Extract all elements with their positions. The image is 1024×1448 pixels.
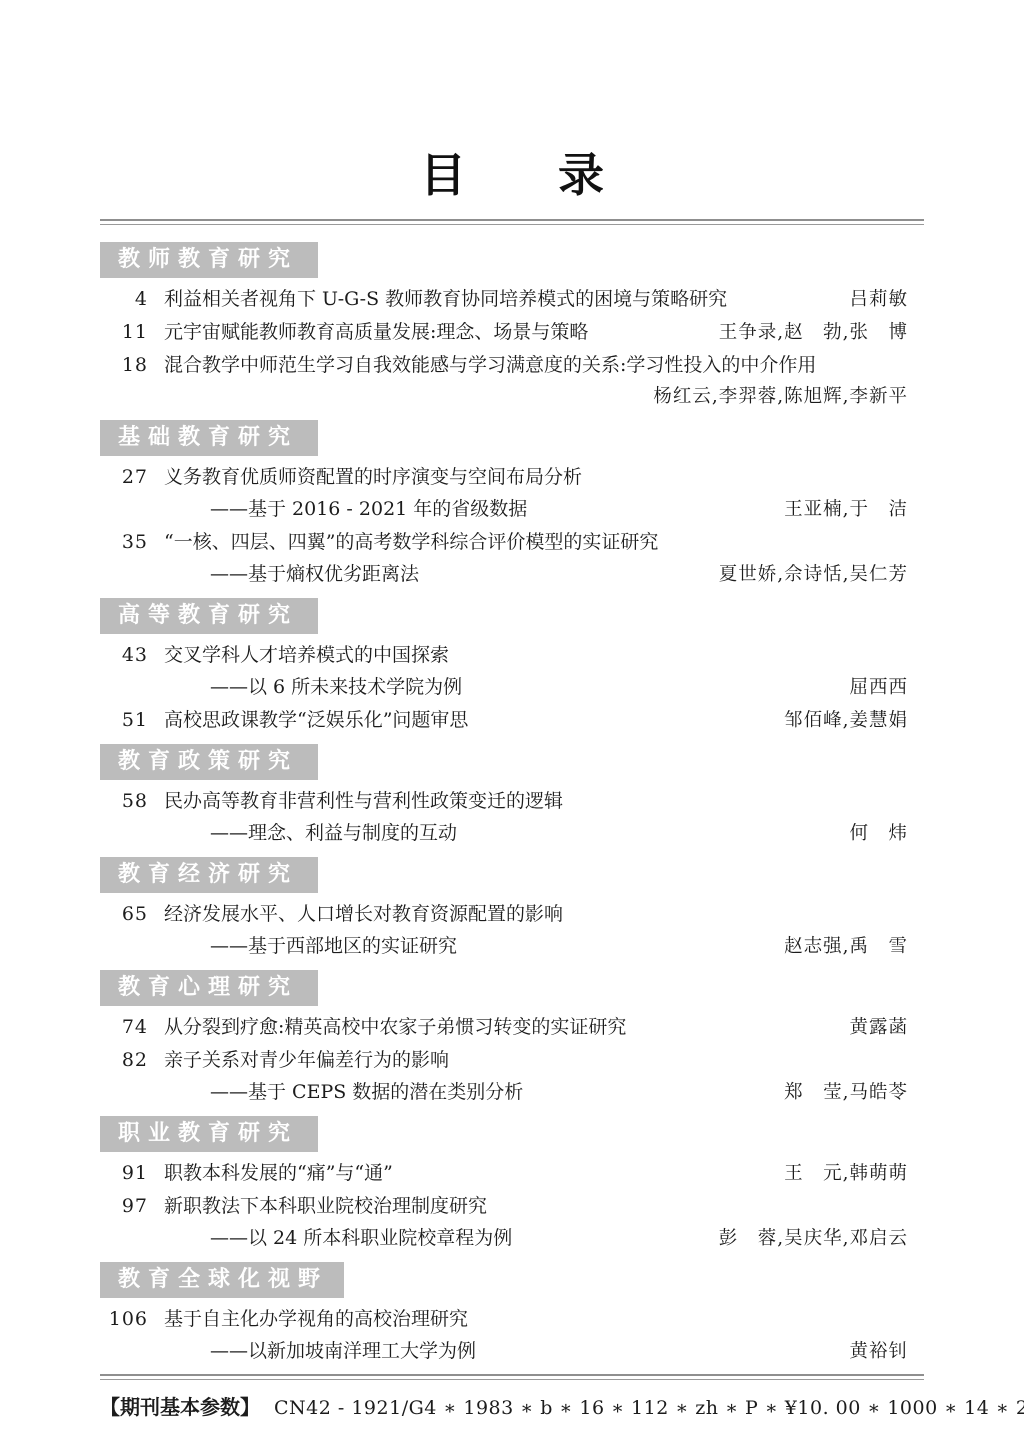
entry-page-number: 106 [100, 1303, 148, 1335]
toc-entry-subtitle-row: ——理念、利益与制度的互动何 炜 [100, 817, 924, 850]
entry-page-number: 4 [100, 283, 148, 315]
entry-title: 交叉学科人才培养模式的中国探索 [164, 639, 449, 671]
entry-page-number: 65 [100, 898, 148, 930]
toc-section: 教育心理研究74从分裂到疗愈:精英高校中农家子弟惯习转变的实证研究黄露菡82亲子… [100, 963, 924, 1109]
journal-parameters-label: 【期刊基本参数】 [100, 1395, 260, 1419]
toc-entry-row: 18混合教学中师范生学习自我效能感与学习满意度的关系:学习性投入的中介作用 [100, 349, 924, 381]
toc-entry-subtitle-row: ——以新加坡南洋理工大学为例黄裕钊 [100, 1335, 924, 1368]
entry-authors: 黄露菡 [825, 1012, 908, 1044]
toc-entry-subtitle-row: ——基于西部地区的实证研究赵志强,禹 雪 [100, 930, 924, 963]
section-header: 教育政策研究 [100, 744, 318, 780]
entry-title: 民办高等教育非营利性与营利性政策变迁的逻辑 [164, 785, 563, 817]
entry-authors: 赵志强,禹 雪 [760, 931, 908, 963]
entry-authors: 何 炜 [825, 818, 908, 850]
journal-parameters-value: CN42 - 1921/G4 ∗ 1983 ∗ b ∗ 16 ∗ 112 ∗ z… [274, 1397, 1024, 1419]
entry-subtitle: ——以新加坡南洋理工大学为例 [210, 1335, 476, 1367]
toc-entry-row: 97新职教法下本科职业院校治理制度研究 [100, 1190, 924, 1222]
entry-subtitle: ——基于 2016 - 2021 年的省级数据 [210, 493, 527, 525]
entry-authors: 王亚楠,于 洁 [760, 494, 908, 526]
entry-title: 高校思政课教学“泛娱乐化”问题审思 [164, 704, 468, 736]
entry-title: 新职教法下本科职业院校治理制度研究 [164, 1190, 487, 1222]
journal-toc-page: 目 录 教师教育研究4利益相关者视角下 U-G-S 教师教育协同培养模式的困境与… [0, 0, 1024, 1448]
entry-page-number: 74 [100, 1011, 148, 1043]
toc-entry-subtitle-row: ——基于熵权优劣距离法夏世娇,佘诗恬,吴仁芳 [100, 558, 924, 591]
entry-authors: 邹佰峰,姜慧娟 [760, 705, 908, 737]
entry-title: 基于自主化办学视角的高校治理研究 [164, 1303, 468, 1335]
toc-entry-row: 106基于自主化办学视角的高校治理研究 [100, 1303, 924, 1335]
entry-title: 义务教育优质师资配置的时序演变与空间布局分析 [164, 461, 582, 493]
toc-section: 教育全球化视野106基于自主化办学视角的高校治理研究——以新加坡南洋理工大学为例… [100, 1255, 924, 1368]
journal-parameters: 【期刊基本参数】CN42 - 1921/G4 ∗ 1983 ∗ b ∗ 16 ∗… [100, 1392, 924, 1423]
entry-subtitle: ——基于熵权优劣距离法 [210, 558, 419, 590]
toc-entry-row: 43交叉学科人才培养模式的中国探索 [100, 639, 924, 671]
toc-section: 基础教育研究27义务教育优质师资配置的时序演变与空间布局分析——基于 2016 … [100, 413, 924, 591]
toc-entry-subtitle-row: ——以 24 所本科职业院校章程为例彭 蓉,吴庆华,邓启云 [100, 1222, 924, 1255]
entry-authors: 杨红云,李羿蓉,陈旭辉,李新平 [629, 381, 908, 413]
entry-page-number: 11 [100, 316, 148, 348]
entry-subtitle: ——基于 CEPS 数据的潜在类别分析 [210, 1076, 523, 1108]
entry-title: 利益相关者视角下 U-G-S 教师教育协同培养模式的困境与策略研究 [164, 283, 727, 315]
divider-top [100, 219, 924, 225]
toc-section: 教师教育研究4利益相关者视角下 U-G-S 教师教育协同培养模式的困境与策略研究… [100, 235, 924, 413]
entry-authors: 王 元,韩萌萌 [760, 1158, 908, 1190]
entry-authors: 郑 莹,马皓苓 [760, 1077, 908, 1109]
entry-authors: 夏世娇,佘诗恬,吴仁芳 [695, 559, 908, 591]
entry-page-number: 35 [100, 526, 148, 558]
section-header: 基础教育研究 [100, 420, 318, 456]
entry-title: 亲子关系对青少年偏差行为的影响 [164, 1044, 449, 1076]
entry-page-number: 27 [100, 461, 148, 493]
toc-section: 职业教育研究91职教本科发展的“痛”与“通”王 元,韩萌萌97新职教法下本科职业… [100, 1109, 924, 1255]
entry-title: 混合教学中师范生学习自我效能感与学习满意度的关系:学习性投入的中介作用 [164, 349, 816, 381]
entry-authors: 王争录,赵 勃,张 博 [695, 317, 908, 349]
entry-authors: 吕莉敏 [825, 284, 908, 316]
toc-entry-row: 35“一核、四层、四翼”的高考数学科综合评价模型的实证研究 [100, 526, 924, 558]
entry-page-number: 51 [100, 704, 148, 736]
entry-page-number: 58 [100, 785, 148, 817]
entry-authors: 屈西西 [825, 672, 908, 704]
entry-page-number: 82 [100, 1044, 148, 1076]
section-header: 职业教育研究 [100, 1116, 318, 1152]
entry-title: 从分裂到疗愈:精英高校中农家子弟惯习转变的实证研究 [164, 1011, 626, 1043]
entry-page-number: 97 [100, 1190, 148, 1222]
toc-entry-row: 74从分裂到疗愈:精英高校中农家子弟惯习转变的实证研究黄露菡 [100, 1011, 924, 1044]
entry-authors: 彭 蓉,吴庆华,邓启云 [695, 1223, 908, 1255]
entry-title: 职教本科发展的“痛”与“通” [164, 1157, 393, 1189]
toc-entry-subtitle-row: ——基于 CEPS 数据的潜在类别分析郑 莹,马皓苓 [100, 1076, 924, 1109]
toc-sections: 教师教育研究4利益相关者视角下 U-G-S 教师教育协同培养模式的困境与策略研究… [100, 235, 924, 1368]
toc-entry-row: 51高校思政课教学“泛娱乐化”问题审思邹佰峰,姜慧娟 [100, 704, 924, 737]
toc-entry-row: 58民办高等教育非营利性与营利性政策变迁的逻辑 [100, 785, 924, 817]
entry-title: “一核、四层、四翼”的高考数学科综合评价模型的实证研究 [164, 526, 658, 558]
toc-entry-row: 91职教本科发展的“痛”与“通”王 元,韩萌萌 [100, 1157, 924, 1190]
toc-entry-row: 4利益相关者视角下 U-G-S 教师教育协同培养模式的困境与策略研究吕莉敏 [100, 283, 924, 316]
toc-entry-subtitle-row: ——以 6 所未来技术学院为例屈西西 [100, 671, 924, 704]
entry-page-number: 91 [100, 1157, 148, 1189]
entry-authors: 黄裕钊 [825, 1336, 908, 1368]
section-header: 高等教育研究 [100, 598, 318, 634]
entry-subtitle: ——理念、利益与制度的互动 [210, 817, 457, 849]
toc-entry-row: 65经济发展水平、人口增长对教育资源配置的影响 [100, 898, 924, 930]
entry-title: 经济发展水平、人口增长对教育资源配置的影响 [164, 898, 563, 930]
section-header: 教育心理研究 [100, 970, 318, 1006]
entry-title: 元宇宙赋能教师教育高质量发展:理念、场景与策略 [164, 316, 588, 348]
entry-subtitle: ——以 24 所本科职业院校章程为例 [210, 1222, 512, 1254]
divider-bottom [100, 1374, 924, 1380]
entry-subtitle: ——基于西部地区的实证研究 [210, 930, 457, 962]
entry-page-number: 43 [100, 639, 148, 671]
section-header: 教育经济研究 [100, 857, 318, 893]
page-title: 目 录 [100, 148, 924, 203]
entry-page-number: 18 [100, 349, 148, 381]
toc-entry-row: 82亲子关系对青少年偏差行为的影响 [100, 1044, 924, 1076]
toc-section: 高等教育研究43交叉学科人才培养模式的中国探索——以 6 所未来技术学院为例屈西… [100, 591, 924, 737]
section-header: 教育全球化视野 [100, 1262, 344, 1298]
toc-entry-subtitle-row: ——基于 2016 - 2021 年的省级数据王亚楠,于 洁 [100, 493, 924, 526]
section-header: 教师教育研究 [100, 242, 318, 278]
toc-section: 教育经济研究65经济发展水平、人口增长对教育资源配置的影响——基于西部地区的实证… [100, 850, 924, 963]
toc-entry-row: 27义务教育优质师资配置的时序演变与空间布局分析 [100, 461, 924, 493]
toc-entry-authors-row: 杨红云,李羿蓉,陈旭辉,李新平 [100, 381, 924, 413]
entry-subtitle: ——以 6 所未来技术学院为例 [210, 671, 462, 703]
toc-section: 教育政策研究58民办高等教育非营利性与营利性政策变迁的逻辑——理念、利益与制度的… [100, 737, 924, 850]
toc-entry-row: 11元宇宙赋能教师教育高质量发展:理念、场景与策略王争录,赵 勃,张 博 [100, 316, 924, 349]
